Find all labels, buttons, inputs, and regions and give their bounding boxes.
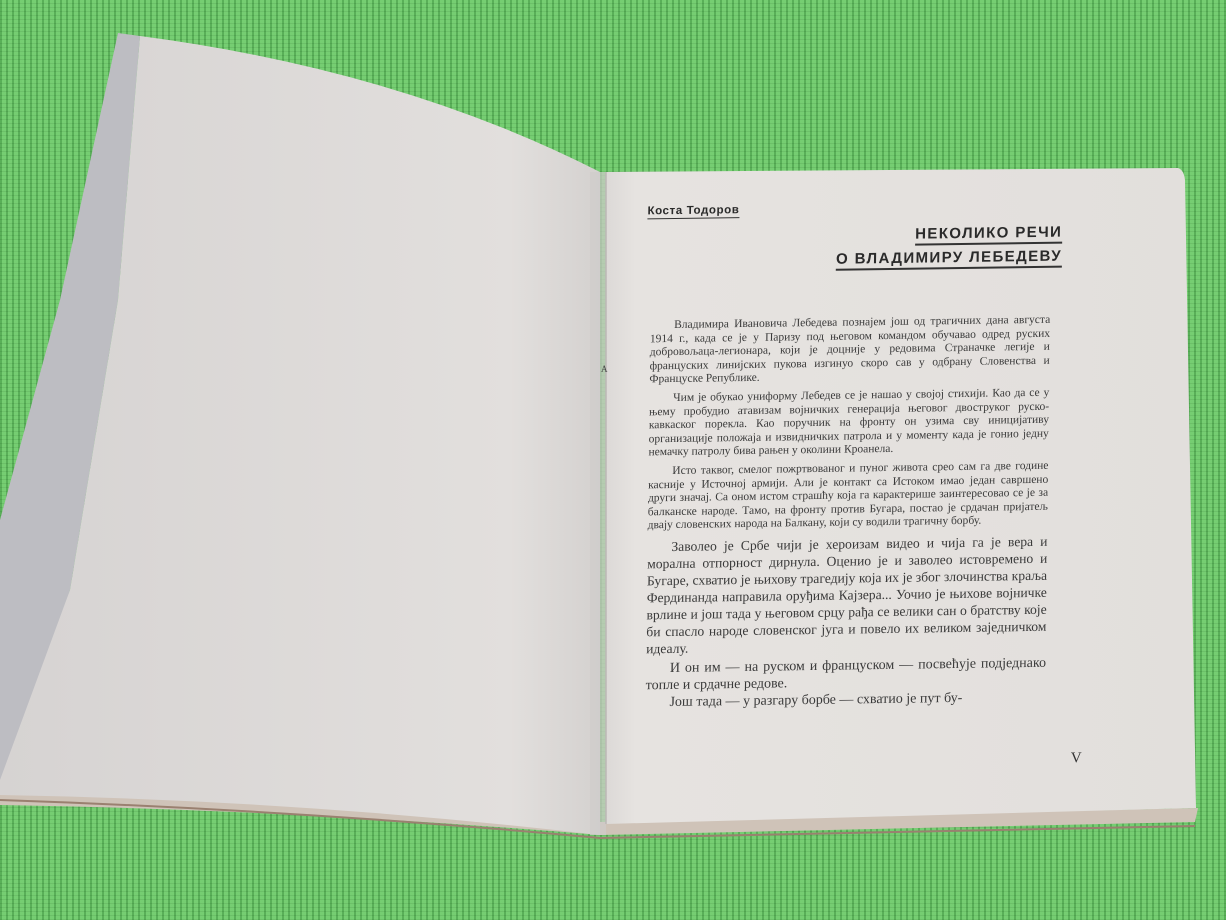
paragraph: И он им — на руском и француском — посве… — [646, 655, 1047, 695]
paragraph: Чим је обукао униформу Лебедев се је наш… — [648, 387, 1049, 461]
page-number: V — [1071, 750, 1082, 767]
author-name: Коста Тодоров — [647, 204, 739, 219]
title-line-1: НЕКОЛИКО РЕЧИ — [915, 224, 1062, 246]
title-line-2: О ВЛАДИМИРУ ЛЕБЕДЕВУ — [836, 248, 1062, 271]
open-book: А Коста Тодоров НЕКОЛИКО РЕЧИ О ВЛАДИМИР… — [0, 0, 1226, 920]
paragraph: Владимира Ивановича Лебедева познајем јо… — [649, 314, 1050, 388]
paragraph: Исто таквог, смелог пожртвованог и пуног… — [648, 460, 1049, 534]
right-page: Коста Тодоров НЕКОЛИКО РЕЧИ О ВЛАДИМИРУ … — [598, 162, 1181, 810]
body-text: Владимира Ивановича Лебедева познајем јо… — [645, 314, 1050, 711]
paragraph: Заволео је Србе чији је хероизам видео и… — [646, 533, 1048, 658]
